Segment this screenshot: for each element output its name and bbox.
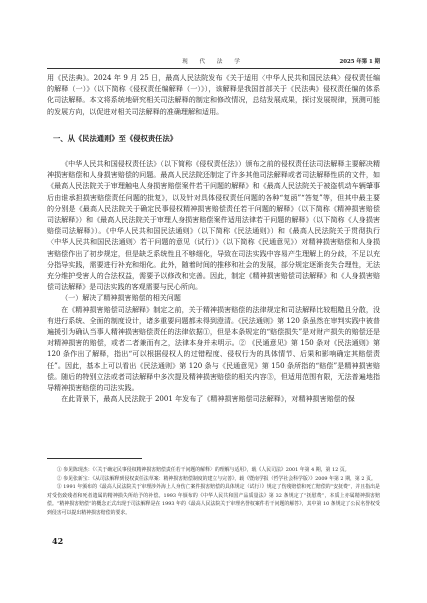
journal-name: 现 代 法 学: [47, 57, 380, 65]
journal-page: 现 代 法 学 2025 年第 1 期 用《民法典》。2024 年 9 月 25…: [0, 0, 427, 603]
intro-paragraph: 用《民法典》。2024 年 9 月 25 日，最高人民法院发布《关于适用〈中华人…: [47, 72, 380, 117]
footnotes: ① 参见陈现杰：《〈关于确定民事侵权精神损害赔偿责任若干问题的解释〉的理解与适用…: [47, 466, 380, 517]
footnote-separator: [47, 458, 142, 459]
sub-paragraph: 在此背景下，最高人民法院于 2001 年发布了《精神损害赔偿司法解释》，对精神损…: [47, 393, 380, 404]
header-rule: [47, 68, 380, 69]
footnote: ① 参见陈现杰：《〈关于确定民事侵权精神损害赔偿责任若干问题的解释〉的理解与适用…: [47, 466, 380, 475]
sub-heading: （一）解决了精神损害赔偿的相关问题: [47, 292, 380, 303]
page-number: 42: [52, 536, 63, 546]
section-paragraph: 《中华人民共和国侵权责任法》（以下简称《侵权责任法》）颁布之前的侵权责任法司法解…: [47, 158, 380, 292]
footnote: ③ 1991 年颁布的《最高人民法院关于审理涉外海上人身伤亡案件损害赔偿的具体规…: [47, 483, 380, 517]
footnote: ② 参见张新宝：《从司法解释到侵权责任法草案：精神损害赔偿制度的建立与完善》，载…: [47, 475, 380, 484]
sub-paragraph: 在《精神损害赔偿司法解释》制定之前，关于精神损害赔偿的法律规定和司法解释比较粗糙…: [47, 304, 380, 394]
article-body: 用《民法典》。2024 年 9 月 25 日，最高人民法院发布《关于适用〈中华人…: [47, 72, 380, 404]
section-heading: 一、从《民法通则》至《侵权责任法》: [53, 133, 380, 144]
issue-label: 2025 年第 1 期: [339, 57, 380, 65]
